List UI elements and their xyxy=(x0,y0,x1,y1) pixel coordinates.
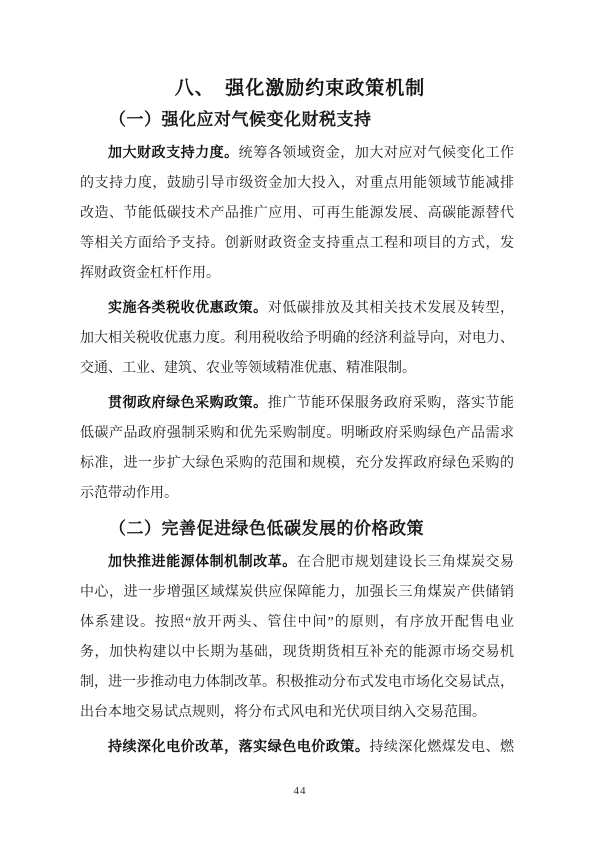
text-line: 实施各类税收优惠政策。对低碳排放及其相关技术发展及转型， xyxy=(80,294,514,324)
text-line: 中心，进一步增强区域煤炭供应保障能力，加强长三角煤炭产供储销 xyxy=(80,578,514,608)
document-page: { "page": { "title": "八、 强化激励约束政策机制", "p… xyxy=(0,0,600,848)
paragraph: 实施各类税收优惠政策。对低碳排放及其相关技术发展及转型，加大相关税收优惠力度。利… xyxy=(80,294,514,384)
page-number: 44 xyxy=(0,784,600,798)
text-line: 改造、节能低碳技术产品推广应用、可再生能源发展、高碳能源替代 xyxy=(80,199,514,229)
paragraph: 加快推进能源体制机制改革。在合肥市规划建设长三角煤炭交易中心，进一步增强区域煤炭… xyxy=(80,548,514,728)
body-text: 交通、工业、建筑、农业等领域精准优惠、精准限制。 xyxy=(80,361,416,376)
text-line: 标准，进一步扩大绿色采购的范围和规模，充分发挥政府绿色采购的 xyxy=(80,449,514,479)
bold-lead-text: 实施各类税收优惠政策。 xyxy=(108,301,268,316)
text-line: 务，加快构建以中长期为基础，现货期货相互补充的能源市场交易机 xyxy=(80,638,514,668)
text-line: 示范带动作用。 xyxy=(80,479,514,509)
paragraph: 贯彻政府绿色采购政策。推广节能环保服务政府采购，落实节能低碳产品政府强制采购和优… xyxy=(80,389,514,509)
section-heading: （二）完善促进绿色低碳发展的价格政策 xyxy=(80,514,514,544)
body-text: 出台本地交易试点规则，将分布式风电和光伏项目纳入交易范围。 xyxy=(80,705,486,720)
text-line: 加快推进能源体制机制改革。在合肥市规划建设长三角煤炭交易 xyxy=(80,548,514,578)
body-text: 推广节能环保服务政府采购，落实节能 xyxy=(268,396,514,411)
body-text: 示范带动作用。 xyxy=(80,486,178,501)
text-line: 挥财政资金杠杆作用。 xyxy=(80,259,514,289)
text-line: 制，进一步推动电力体制改革。积极推动分布式发电市场化交易试点， xyxy=(80,668,514,698)
body-text: 挥财政资金杠杆作用。 xyxy=(80,266,220,281)
text-line: 的支持力度，鼓励引导市级资金加大投入，对重点用能领域节能减排 xyxy=(80,169,514,199)
paragraph: 持续深化电价改革，落实绿色电价政策。持续深化燃煤发电、燃 xyxy=(80,733,514,763)
text-line: 体系建设。按照“放开两头、管住中间”的原则，有序放开配售电业 xyxy=(80,608,514,638)
text-line: 等相关方面给予支持。创新财政资金支持重点工程和项目的方式，发 xyxy=(80,229,514,259)
document-title: 八、 强化激励约束政策机制 xyxy=(0,76,600,102)
body-text: 改造、节能低碳技术产品推广应用、可再生能源发展、高碳能源替代 xyxy=(80,206,514,221)
body-text: 标准，进一步扩大绿色采购的范围和规模，充分发挥政府绿色采购的 xyxy=(80,456,514,471)
body-text: 中心，进一步增强区域煤炭供应保障能力，加强长三角煤炭产供储销 xyxy=(80,585,514,600)
text-line: 交通、工业、建筑、农业等领域精准优惠、精准限制。 xyxy=(80,354,514,384)
section-heading: （一）强化应对气候变化财税支持 xyxy=(80,105,514,135)
body-text: 持续深化燃煤发电、燃 xyxy=(369,740,514,755)
text-line: 加大财政支持力度。统筹各领域资金，加大对应对气候变化工作 xyxy=(80,139,514,169)
body-text: 低碳产品政府强制采购和优先采购制度。明晰政府采购绿色产品需求 xyxy=(80,426,514,441)
body-text: 对低碳排放及其相关技术发展及转型， xyxy=(268,301,514,316)
bold-lead-text: 加快推进能源体制机制改革。 xyxy=(108,555,297,570)
body-text: 体系建设。按照“放开两头、管住中间”的原则，有序放开配售电业 xyxy=(80,615,514,630)
text-line: 贯彻政府绿色采购政策。推广节能环保服务政府采购，落实节能 xyxy=(80,389,514,419)
text-line: 低碳产品政府强制采购和优先采购制度。明晰政府采购绿色产品需求 xyxy=(80,419,514,449)
text-line: 出台本地交易试点规则，将分布式风电和光伏项目纳入交易范围。 xyxy=(80,698,514,728)
body-text: 制，进一步推动电力体制改革。积极推动分布式发电市场化交易试点， xyxy=(80,675,514,690)
body-text: 的支持力度，鼓励引导市级资金加大投入，对重点用能领域节能减排 xyxy=(80,176,514,191)
bold-lead-text: 持续深化电价改革，落实绿色电价政策。 xyxy=(108,740,369,755)
body-text: 等相关方面给予支持。创新财政资金支持重点工程和项目的方式，发 xyxy=(80,236,514,251)
body-text: 在合肥市规划建设长三角煤炭交易 xyxy=(297,555,514,570)
bold-lead-text: 贯彻政府绿色采购政策。 xyxy=(108,396,268,411)
bold-lead-text: 加大财政支持力度。 xyxy=(108,146,239,161)
body-text: 加大相关税收优惠力度。利用税收给予明确的经济利益导向，对电力、 xyxy=(80,331,514,346)
text-line: 持续深化电价改革，落实绿色电价政策。持续深化燃煤发电、燃 xyxy=(80,733,514,763)
body-text: 务，加快构建以中长期为基础，现货期货相互补充的能源市场交易机 xyxy=(80,645,514,660)
document-body: （一）强化应对气候变化财税支持加大财政支持力度。统筹各领域资金，加大对应对气候变… xyxy=(80,105,514,763)
text-line: 加大相关税收优惠力度。利用税收给予明确的经济利益导向，对电力、 xyxy=(80,324,514,354)
paragraph: 加大财政支持力度。统筹各领域资金，加大对应对气候变化工作的支持力度，鼓励引导市级… xyxy=(80,139,514,289)
body-text: 统筹各领域资金，加大对应对气候变化工作 xyxy=(239,146,514,161)
